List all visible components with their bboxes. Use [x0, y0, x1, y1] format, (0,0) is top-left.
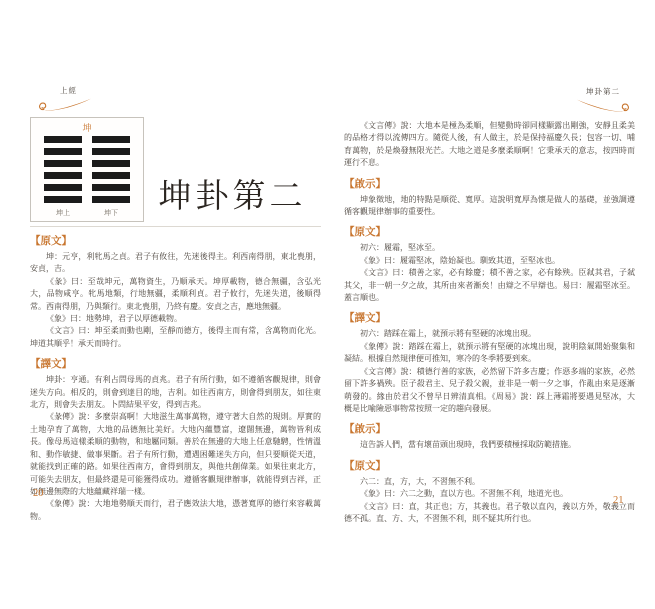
right-page-content: 《文言傳》說：大地本是極為柔順，但變動時卻同樣顯露出剛強，安靜且柔美的品格才得以…: [344, 120, 635, 525]
paragraph: 《文言》曰：坤至柔而動也剛，至靜而德方，後得主而有常，含萬物而化光。坤道其順乎！…: [30, 325, 321, 350]
paragraph: 《象》曰：六二之動，直以方也。不習無不利，地道光也。: [344, 488, 635, 500]
title-divider: [30, 226, 321, 227]
right-running-head: 坤卦第二: [573, 87, 633, 115]
section-label-original: 【原文】: [344, 460, 635, 473]
insight-section: 【啟示】 這告訴人們，當有壞苗頭出現時，我們要積極採取防範措施。: [344, 423, 635, 451]
yin-broken-line: [44, 196, 130, 203]
section-label-original: 【原文】: [30, 235, 321, 248]
paragraph: 《象傳》說：踏踩在霜上，就預示將有堅硬的冰塊出現，說明陰氣開始聚集和凝結。根據自…: [344, 341, 635, 366]
brush-swoosh-icon: [576, 96, 630, 115]
hexagram-lines: [44, 136, 130, 203]
paragraph: 《象》曰：地勢坤，君子以厚德載物。: [30, 313, 321, 325]
page-number-right: 21: [613, 495, 624, 506]
running-head-label: 坤卦第二: [573, 87, 633, 96]
chapter-heading-block: 坤 坤上 坤下 坤卦第二: [30, 117, 321, 222]
paragraph: 《彖傳》說：多麼崇高啊！大地滋生萬事萬物，遵守著大自然的規則。厚實的土地孕育了萬…: [30, 411, 321, 498]
paragraph: 坤象徵地，地的特點是順從、寬厚。這說明寬厚為懷是做人的基礎，並強調遵循客觀規律辦…: [344, 194, 635, 219]
yin-broken-line: [44, 172, 130, 179]
section-label-insight: 【啟示】: [344, 423, 635, 436]
paragraph: 《文言》曰：積善之家，必有餘慶；積不善之家，必有餘殃。臣弒其君，子弒其父，非一朝…: [344, 267, 635, 304]
yin-broken-line: [44, 160, 130, 167]
paragraph: 六二：直，方，大，不習無不利。: [344, 476, 635, 488]
paragraph: 坤：元亨，利牝馬之貞。君子有攸往，先迷後得主。利西南得朋，東北喪朋，安貞，吉。: [30, 251, 321, 276]
original-text-section: 【原文】 六二：直，方，大，不習無不利。 《象》曰：六二之動，直以方也。不習無不…: [344, 460, 635, 526]
brush-swoosh-icon: [38, 95, 92, 114]
section-label-translation: 【譯文】: [344, 312, 635, 325]
paragraph: 《文言傳》說：積德行善的家族，必然留下許多吉慶；作惡多端的家族，必然留下許多禍殃…: [344, 366, 635, 416]
book-spread: 上經 坤 坤上 坤下 坤卦第二 【原文】 坤：元亨，利牝馬之貞。君子有攸往，先迷…: [0, 0, 655, 609]
section-label-original: 【原文】: [344, 226, 635, 239]
translation-section: 【譯文】 坤卦：亨通。有利占問母馬的貞兆。君子有所行動，如不遵循客觀規律，則會迷…: [30, 358, 321, 523]
paragraph: 《彖》曰：至哉坤元，萬物資生，乃順承天。坤厚載物，德合無疆，含弘光大，品物咸亨。…: [30, 276, 321, 313]
section-label-translation: 【譯文】: [30, 358, 321, 371]
yin-broken-line: [44, 184, 130, 191]
yin-broken-line: [44, 148, 130, 155]
translation-section: 【譯文】 初六：踏踩在霜上，就預示將有堅硬的冰塊出現。 《象傳》說：踏踩在霜上，…: [344, 312, 635, 415]
left-page: 上經 坤 坤上 坤下 坤卦第二 【原文】 坤：元亨，利牝馬之貞。君子有攸往，先迷…: [30, 86, 321, 523]
running-head-label: 上經: [60, 86, 100, 95]
hexagram-diagram: 坤 坤上 坤下: [30, 117, 144, 222]
yin-broken-line: [44, 136, 130, 143]
hexagram-name: 坤: [44, 123, 130, 133]
insight-section: 【啟示】 坤象徵地，地的特點是順從、寬厚。這說明寬厚為懷是做人的基礎，並強調遵循…: [344, 178, 635, 219]
paragraph: 坤卦：亨通。有利占問母馬的貞兆。君子有所行動，如不遵循客觀規律，則會迷失方向。相…: [30, 374, 321, 411]
trigram-bottom-label: 坤下: [92, 208, 130, 218]
page-number-left: 20: [33, 488, 44, 499]
section-label-insight: 【啟示】: [344, 178, 635, 191]
trigram-labels: 坤上 坤下: [44, 208, 130, 218]
original-text-section: 【原文】 坤：元亨，利牝馬之貞。君子有攸往，先迷後得主。利西南得朋，東北喪朋，安…: [30, 235, 321, 350]
chapter-title: 坤卦第二: [144, 170, 321, 222]
paragraph: 《文言》曰：直，其正也；方，其義也。君子敬以直內，義以方外，敬義立而德不孤。直、…: [344, 501, 635, 526]
paragraph: 《象傳》說：大地地勢順天而行，君子應效法大地，憑著寬厚的德行來容載萬物。: [30, 498, 321, 523]
paragraph: 初六：踏踩在霜上，就預示將有堅硬的冰塊出現。: [344, 328, 635, 340]
left-running-head: 上經: [38, 86, 100, 114]
paragraph: 《象》曰：履霜堅冰，陰始凝也。馴致其道，至堅冰也。: [344, 255, 635, 267]
trigram-top-label: 坤上: [44, 208, 82, 218]
paragraph: 這告訴人們，當有壞苗頭出現時，我們要積極採取防範措施。: [344, 439, 635, 451]
original-text-section: 【原文】 初六：履霜，堅冰至。 《象》曰：履霜堅冰，陰始凝也。馴致其道，至堅冰也…: [344, 226, 635, 304]
paragraph: 初六：履霜，堅冰至。: [344, 242, 635, 254]
right-page: 坤卦第二 《文言傳》說：大地本是極為柔順，但變動時卻同樣顯露出剛強，安靜且柔美的…: [344, 87, 635, 525]
paragraph: 《文言傳》說：大地本是極為柔順，但變動時卻同樣顯露出剛強，安靜且柔美的品格才得以…: [344, 120, 635, 170]
